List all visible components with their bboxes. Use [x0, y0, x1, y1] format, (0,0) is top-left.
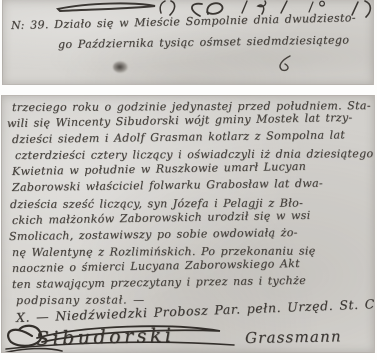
numeral-flourish-graphic [275, 54, 297, 74]
witness-signature-right: Grassmann [245, 327, 342, 347]
scanned-record-page: N: 39. Działo się w Mieście Sompolnie dn… [0, 0, 377, 360]
scanned-fragment-bottom: trzeciego roku o godzinie jedynastej prz… [1, 95, 375, 353]
manuscript-line: Zaborowski właściciel folwarku Grabosław… [12, 176, 370, 197]
ink-smudge [113, 61, 128, 73]
manuscript-body: trzeciego roku o godzinie jedynastej prz… [12, 101, 370, 310]
scanned-fragment-top: N: 39. Działo się w Mieście Sompolnie dn… [2, 0, 374, 85]
manuscript-line: dzieści siedem i Adolf Grasman kotlarz z… [12, 128, 370, 149]
witness-signature-left: Sibudorski [36, 324, 175, 350]
manuscript-line: go Października tysiąc ośmset siedmdzies… [58, 33, 350, 51]
